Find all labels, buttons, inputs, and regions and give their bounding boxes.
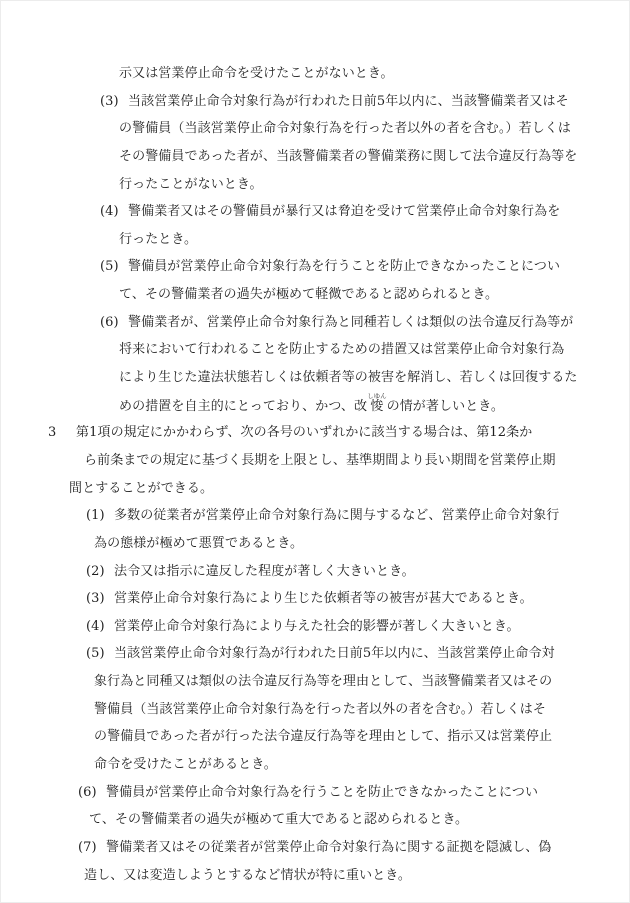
document-line: (3)営業停止命令対象行為により生じた依頼者等の被害が甚大であるとき。 <box>1 585 629 613</box>
item-marker: (4) <box>100 198 128 226</box>
document-line: 造し、又は変造しようとするなど情状が特に重いとき。 <box>1 862 629 890</box>
document-line: 警備員（当該営業停止命令対象行為を行った者以外の者を含む。）若しくはそ <box>1 696 629 724</box>
document-line: 示又は営業停止命令を受けたことがないとき。 <box>1 60 629 88</box>
item-marker: (1) <box>86 502 114 530</box>
line-text: 警備業者又はその警備員が暴行又は脅迫を受けて営業停止命令対象行為を <box>128 204 560 219</box>
line-text: 警備員が営業停止命令対象行為を行うことを防止できなかったことについ <box>128 259 560 274</box>
line-text: 多数の従業者が営業停止命令対象行為に関与するなど、営業停止命令対象行 <box>114 508 559 523</box>
line-text: 警備員が営業停止命令対象行為を行うことを防止できなかったことについ <box>106 785 538 800</box>
document-line: 行ったとき。 <box>1 226 629 254</box>
line-text: 営業停止命令対象行為により与えた社会的影響が著しく大きいとき。 <box>114 619 520 634</box>
document-line: その警備員であった者が、当該警備業者の警備業務に関して法令違反行為等を <box>1 143 629 171</box>
document-line: (3)当該営業停止命令対象行為が行われた日前5年以内に、当該警備業者又はそ <box>1 88 629 116</box>
document-line: (6)警備員が営業停止命令対象行為を行うことを防止できなかったことについ <box>1 779 629 807</box>
line-text: 営業停止命令対象行為により生じた依頼者等の被害が甚大であるとき。 <box>114 591 533 606</box>
document-line: て、その警備業者の過失が極めて重大であると認められるとき。 <box>1 806 629 834</box>
item-marker: (6) <box>100 309 128 337</box>
item-marker: (2) <box>86 558 114 586</box>
document-line: (4)警備業者又はその警備員が暴行又は脅迫を受けて営業停止命令対象行為を <box>1 198 629 226</box>
document-line: 将来において行われることを防止するための措置又は営業停止命令対象行為 <box>1 336 629 364</box>
document-line: の警備員であった者が行った法令違反行為等を理由として、指示又は営業停止 <box>1 723 629 751</box>
document-line: めの措置を自主的にとっており、かつ、改悛しゆんの情が著しいとき。 <box>1 392 629 420</box>
document-body: 示又は営業停止命令を受けたことがないとき。 (3)当該営業停止命令対象行為が行わ… <box>1 60 629 889</box>
line-text: の情が著しいとき。 <box>387 399 504 414</box>
document-line: 象行為と同種又は類似の法令違反行為等を理由として、当該警備業者又はその <box>1 668 629 696</box>
line-text: 当該営業停止命令対象行為が行われた日前5年以内に、当該営業停止命令対 <box>114 646 555 661</box>
document-line: (6)警備業者が、営業停止命令対象行為と同種若しくは類似の法令違反行為等が <box>1 309 629 337</box>
item-marker: (6) <box>78 779 106 807</box>
item-marker: (3) <box>86 585 114 613</box>
document-line: (7)警備業者又はその従業者が営業停止命令対象行為に関する証拠を隠滅し、偽 <box>1 834 629 862</box>
document-line: (1)多数の従業者が営業停止命令対象行為に関与するなど、営業停止命令対象行 <box>1 502 629 530</box>
ruby-annotation: 悛しゆん <box>370 399 383 414</box>
item-marker: (4) <box>86 613 114 641</box>
line-text: 法令又は指示に違反した程度が著しく大きいとき。 <box>114 564 415 579</box>
document-line: 為の態様が極めて悪質であるとき。 <box>1 530 629 558</box>
document-line: により生じた違法状態若しくは依頼者等の被害を解消し、若しくは回復するた <box>1 364 629 392</box>
document-line: の警備員（当該営業停止命令対象行為を行った者以外の者を含む。）若しくは <box>1 115 629 143</box>
item-marker: (3) <box>100 88 128 116</box>
document-line: 命令を受けたことがあるとき。 <box>1 751 629 779</box>
document-page: 示又は営業停止命令を受けたことがないとき。 (3)当該営業停止命令対象行為が行わ… <box>0 0 630 903</box>
item-marker: (5) <box>86 640 114 668</box>
line-text: 第1項の規定にかかわらず、次の各号のいずれかに該当する場合は、第12条か <box>76 425 532 440</box>
line-text: めの措置を自主的にとっており、かつ、改 <box>119 399 367 414</box>
document-line: 行ったことがないとき。 <box>1 171 629 199</box>
item-marker: (7) <box>78 834 106 862</box>
line-text: 警備業者又はその従業者が営業停止命令対象行為に関する証拠を隠滅し、偽 <box>106 840 551 855</box>
paragraph-number: 3 <box>48 419 76 447</box>
document-line: ら前条までの規定に基づく長期を上限とし、基準期間より長い期間を営業停止期 <box>1 447 629 475</box>
document-line: (5)警備員が営業停止命令対象行為を行うことを防止できなかったことについ <box>1 253 629 281</box>
line-text: 当該営業停止命令対象行為が行われた日前5年以内に、当該警備業者又はそ <box>128 94 569 109</box>
document-line: 間とすることができる。 <box>1 475 629 503</box>
document-line: (4)営業停止命令対象行為により与えた社会的影響が著しく大きいとき。 <box>1 613 629 641</box>
document-line: て、その警備業者の過失が極めて軽微であると認められるとき。 <box>1 281 629 309</box>
ruby-base: 悛 <box>367 399 386 414</box>
document-line: (5)当該営業停止命令対象行為が行われた日前5年以内に、当該営業停止命令対 <box>1 640 629 668</box>
item-marker: (5) <box>100 253 128 281</box>
ruby-text: しゆん <box>367 392 387 400</box>
document-line: 3第1項の規定にかかわらず、次の各号のいずれかに該当する場合は、第12条か <box>1 419 629 447</box>
line-text: 警備業者が、営業停止命令対象行為と同種若しくは類似の法令違反行為等が <box>128 315 573 330</box>
document-line: (2)法令又は指示に違反した程度が著しく大きいとき。 <box>1 558 629 586</box>
